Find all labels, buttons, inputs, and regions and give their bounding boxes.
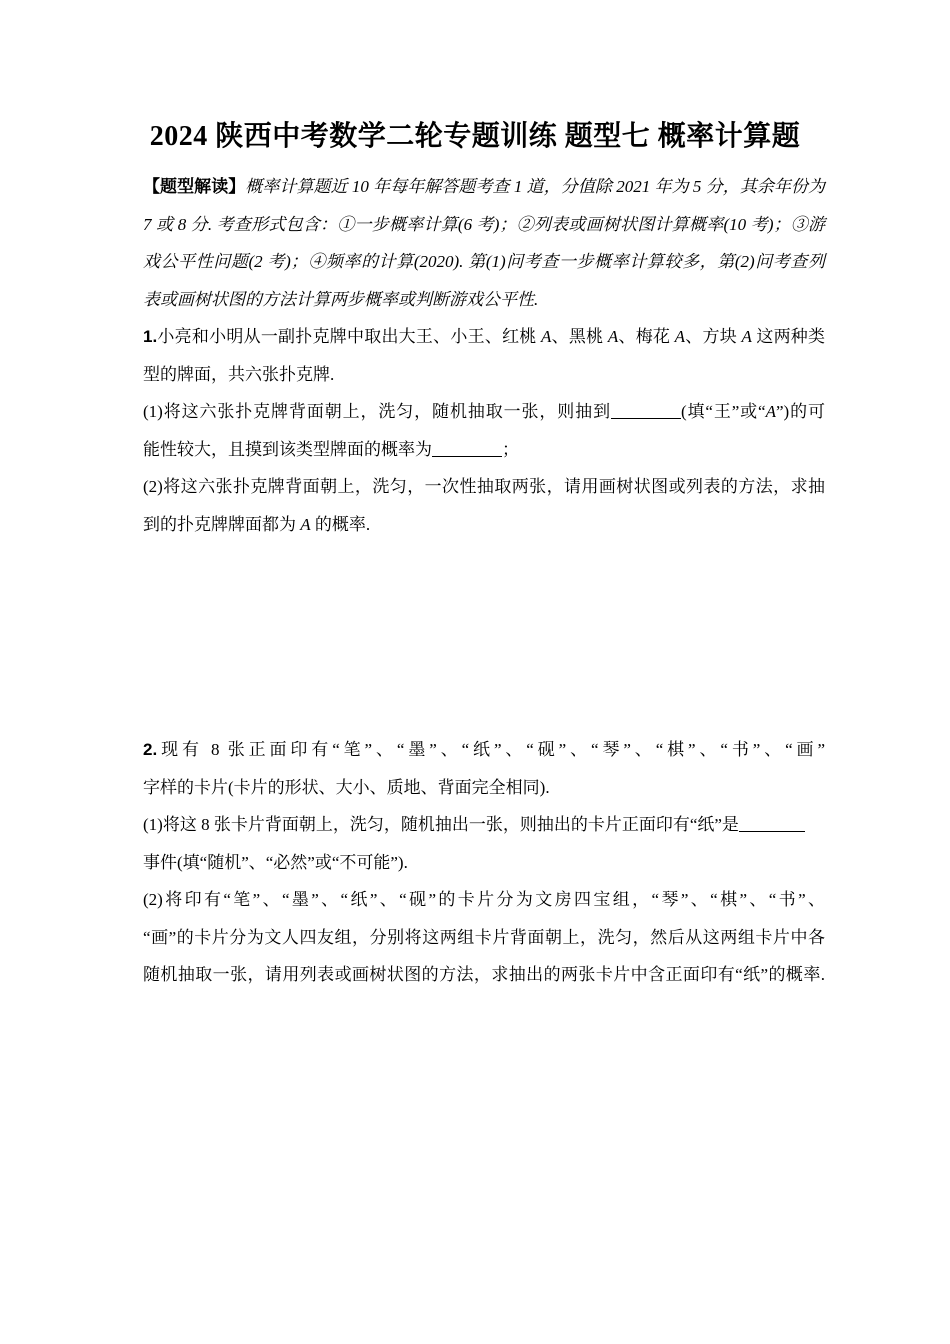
q1-stem-line-2: 型的牌面，共六张扑克牌.	[143, 356, 825, 394]
q1-stem-text: 型的牌面，共六张扑克牌.	[143, 365, 334, 384]
q1-part1-text: (1)将这六张扑克牌背面朝上，洗匀，随机抽取一张，则抽到	[143, 402, 611, 421]
q2-number: 2.	[143, 740, 157, 759]
intro-line-2: 7 或 8 分. 考查形式包含：①一步概率计算(6 考)；②列表或画树状图计算概…	[143, 206, 825, 244]
q1-part1-line-2: 能性较大，且摸到该类型牌面的概率为；	[143, 431, 825, 469]
answer-blank-3	[739, 817, 805, 832]
card-variable-a: A	[300, 515, 310, 534]
intro-line-1: 【题型解读】概率计算题近 10 年每年解答题考查 1 道，分值除 2021 年为…	[143, 168, 825, 206]
q1-part1-line-1: (1)将这六张扑克牌背面朝上，洗匀，随机抽取一张，则抽到(填“王”或“A”)的可	[143, 393, 825, 431]
card-variable-a: A	[766, 402, 776, 421]
q1-stem-text: 小亮和小明从一副扑克牌中取出大王、小王、红桃	[157, 327, 541, 346]
q2-stem-line-1: 2.现有 8 张正面印有“笔”、“墨”、“纸”、“砚”、“琴”、“棋”、“书”、…	[143, 731, 825, 769]
q2-part2-line-2: “画”的卡片分为文人四友组，分别将这两组卡片背面朝上，洗匀，然后从这两组卡片中各	[143, 919, 825, 957]
q2-part1-line-1: (1)将这 8 张卡片背面朝上，洗匀，随机抽出一张，则抽出的卡片正面印有“纸”是	[143, 806, 825, 844]
q2-part1-text: (1)将这 8 张卡片背面朝上，洗匀，随机抽出一张，则抽出的卡片正面印有“纸”是	[143, 815, 739, 834]
card-variable-a: A	[541, 327, 551, 346]
q2-stem-line-2: 字样的卡片(卡片的形状、大小、质地、背面完全相同).	[143, 769, 825, 807]
q1-stem-text: 、梅花	[618, 327, 674, 346]
intro-text: 7 或 8 分. 考查形式包含：①一步概率计算(6 考)；②列表或画树状图计算概…	[143, 215, 825, 234]
answer-blank-1	[611, 404, 681, 419]
q2-part2-text: 随机抽取一张，请用列表或画树状图的方法，求抽出的两张卡片中含正面印有“纸”的概率…	[143, 965, 825, 984]
q2-stem-text: 现有 8 张正面印有“笔”、“墨”、“纸”、“砚”、“琴”、“棋”、“书”、“画…	[157, 740, 825, 759]
intro-text: 概率计算题近 10 年每年解答题考查 1 道，分值除 2021 年为 5 分，其…	[245, 177, 825, 196]
intro-text: 表或画树状图的方法计算两步概率或判断游戏公平性.	[143, 290, 538, 309]
q2-part2-line-3: 随机抽取一张，请用列表或画树状图的方法，求抽出的两张卡片中含正面印有“纸”的概率…	[143, 956, 825, 994]
q2-part2-text: (2)将印有“笔”、“墨”、“纸”、“砚”的卡片分为文房四宝组，“琴”、“棋”、…	[143, 890, 825, 909]
q1-part1-text: ；	[502, 440, 519, 459]
page-title: 2024 陕西中考数学二轮专题训练 题型七 概率计算题	[0, 116, 950, 158]
q1-part1-text: 能性较大，且摸到该类型牌面的概率为	[143, 440, 432, 459]
q2-part1-text: 事件(填“随机”、“必然”或“不可能”).	[143, 853, 408, 872]
answer-blank-2	[432, 442, 502, 457]
q2-stem-text: 字样的卡片(卡片的形状、大小、质地、背面完全相同).	[143, 778, 550, 797]
intro-text: 戏公平性问题(2 考)；④频率的计算(2020). 第(1)问考查一步概率计算较…	[143, 252, 825, 271]
q1-part1-text: (填“王”或“	[681, 402, 766, 421]
card-variable-a: A	[608, 327, 618, 346]
q2-part1-line-2: 事件(填“随机”、“必然”或“不可能”).	[143, 844, 825, 882]
card-variable-a: A	[741, 327, 751, 346]
q1-part2-line-1: (2)将这六张扑克牌背面朝上，洗匀，一次性抽取两张，请用画树状图或列表的方法，求…	[143, 468, 825, 506]
q1-part1-text: ”)的可	[776, 402, 825, 421]
document-content: 【题型解读】概率计算题近 10 年每年解答题考查 1 道，分值除 2021 年为…	[143, 168, 825, 994]
card-variable-a: A	[675, 327, 685, 346]
q1-part2-line-2: 到的扑克牌牌面都为 A 的概率.	[143, 506, 825, 544]
q1-stem-text: 、黑桃	[551, 327, 607, 346]
q1-part2-text: 到的扑克牌牌面都为	[143, 515, 300, 534]
q1-number: 1.	[143, 327, 157, 346]
intro-label: 【题型解读】	[143, 177, 245, 196]
answer-work-space	[143, 543, 825, 731]
q1-stem-text: 这两种类	[752, 327, 825, 346]
q1-stem-text: 、方块	[685, 327, 741, 346]
intro-line-4: 表或画树状图的方法计算两步概率或判断游戏公平性.	[143, 281, 825, 319]
q1-part2-text: (2)将这六张扑克牌背面朝上，洗匀，一次性抽取两张，请用画树状图或列表的方法，求…	[143, 477, 825, 496]
q1-part2-text: 的概率.	[311, 515, 371, 534]
intro-line-3: 戏公平性问题(2 考)；④频率的计算(2020). 第(1)问考查一步概率计算较…	[143, 243, 825, 281]
q1-stem-line-1: 1.小亮和小明从一副扑克牌中取出大王、小王、红桃 A、黑桃 A、梅花 A、方块 …	[143, 318, 825, 356]
q2-part2-line-1: (2)将印有“笔”、“墨”、“纸”、“砚”的卡片分为文房四宝组，“琴”、“棋”、…	[143, 881, 825, 919]
q2-part2-text: “画”的卡片分为文人四友组，分别将这两组卡片背面朝上，洗匀，然后从这两组卡片中各	[143, 928, 825, 947]
document-page: 2024 陕西中考数学二轮专题训练 题型七 概率计算题 【题型解读】概率计算题近…	[0, 0, 950, 1344]
